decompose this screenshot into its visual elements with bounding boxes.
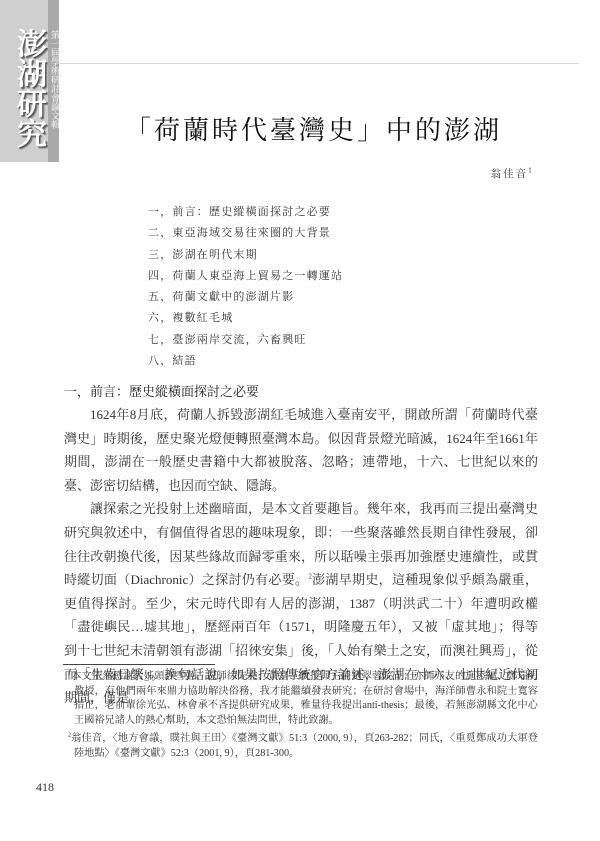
header-rule <box>59 63 579 64</box>
footnote-1: 1本文依然感謝大姊頭許雪姬、恩師徐先堯、黃富三教授與主任劉翠蓉院士；亦師亦友的施… <box>64 670 538 728</box>
table-of-contents: 一，前言：歷史縱橫面探討之必要 二，東亞海域交易往來圈的大背景 三，澎湖在明代末… <box>148 201 343 371</box>
journal-banner-title: 澎湖研究 <box>4 28 44 148</box>
paragraph: 1624年8月底，荷蘭人拆毀澎湖紅毛城進入臺南安平，開啟所謂「荷蘭時代臺灣史」時… <box>64 403 538 497</box>
section-heading: 一，前言：歷史縱橫面探討之必要 <box>64 381 259 400</box>
page-number: 418 <box>36 780 54 795</box>
journal-banner-subtitle: 第一屆學術研討會論文輯 <box>48 30 59 129</box>
footnote-2: 2翁佳音，〈地方會議，贌社與王田〉《臺灣文獻》51:3（2000, 9），頁26… <box>64 732 538 761</box>
toc-item: 一，前言：歷史縱橫面探討之必要 <box>148 201 343 222</box>
toc-item: 二，東亞海域交易往來圈的大背景 <box>148 222 343 243</box>
article-title: 「荷蘭時代臺灣史」中的澎湖 <box>125 110 525 147</box>
footnote-text: 本文依然感謝大姊頭許雪姬、恩師徐先堯、黃富三教授與主任劉翠蓉院士；亦師亦友的施添… <box>71 671 538 726</box>
author-name: 翁佳音 <box>491 168 529 180</box>
toc-item: 七，臺澎兩岸交流，六畜興旺 <box>148 329 343 350</box>
author-footnote-mark[interactable]: 1 <box>528 168 534 175</box>
footnote-separator <box>63 664 215 665</box>
toc-item: 四，荷蘭人東亞海上貿易之一轉運站 <box>148 265 343 286</box>
paragraph-text: 1624年8月底，荷蘭人拆毀澎湖紅毛城進入臺南安平，開啟所謂「荷蘭時代臺灣史」時… <box>64 407 538 493</box>
toc-item: 五，荷蘭文獻中的澎湖片影 <box>148 286 343 307</box>
footnotes: 1本文依然感謝大姊頭許雪姬、恩師徐先堯、黃富三教授與主任劉翠蓉院士；亦師亦友的施… <box>64 670 538 765</box>
toc-item: 八，結語 <box>148 350 343 371</box>
toc-item: 六，複數紅毛城 <box>148 307 343 328</box>
toc-item: 三，澎湖在明代末期 <box>148 244 343 265</box>
article-author: 翁佳音1 <box>491 166 534 181</box>
footnote-text: 翁佳音，〈地方會議，贌社與王田〉《臺灣文獻》51:3（2000, 9），頁263… <box>71 733 538 759</box>
